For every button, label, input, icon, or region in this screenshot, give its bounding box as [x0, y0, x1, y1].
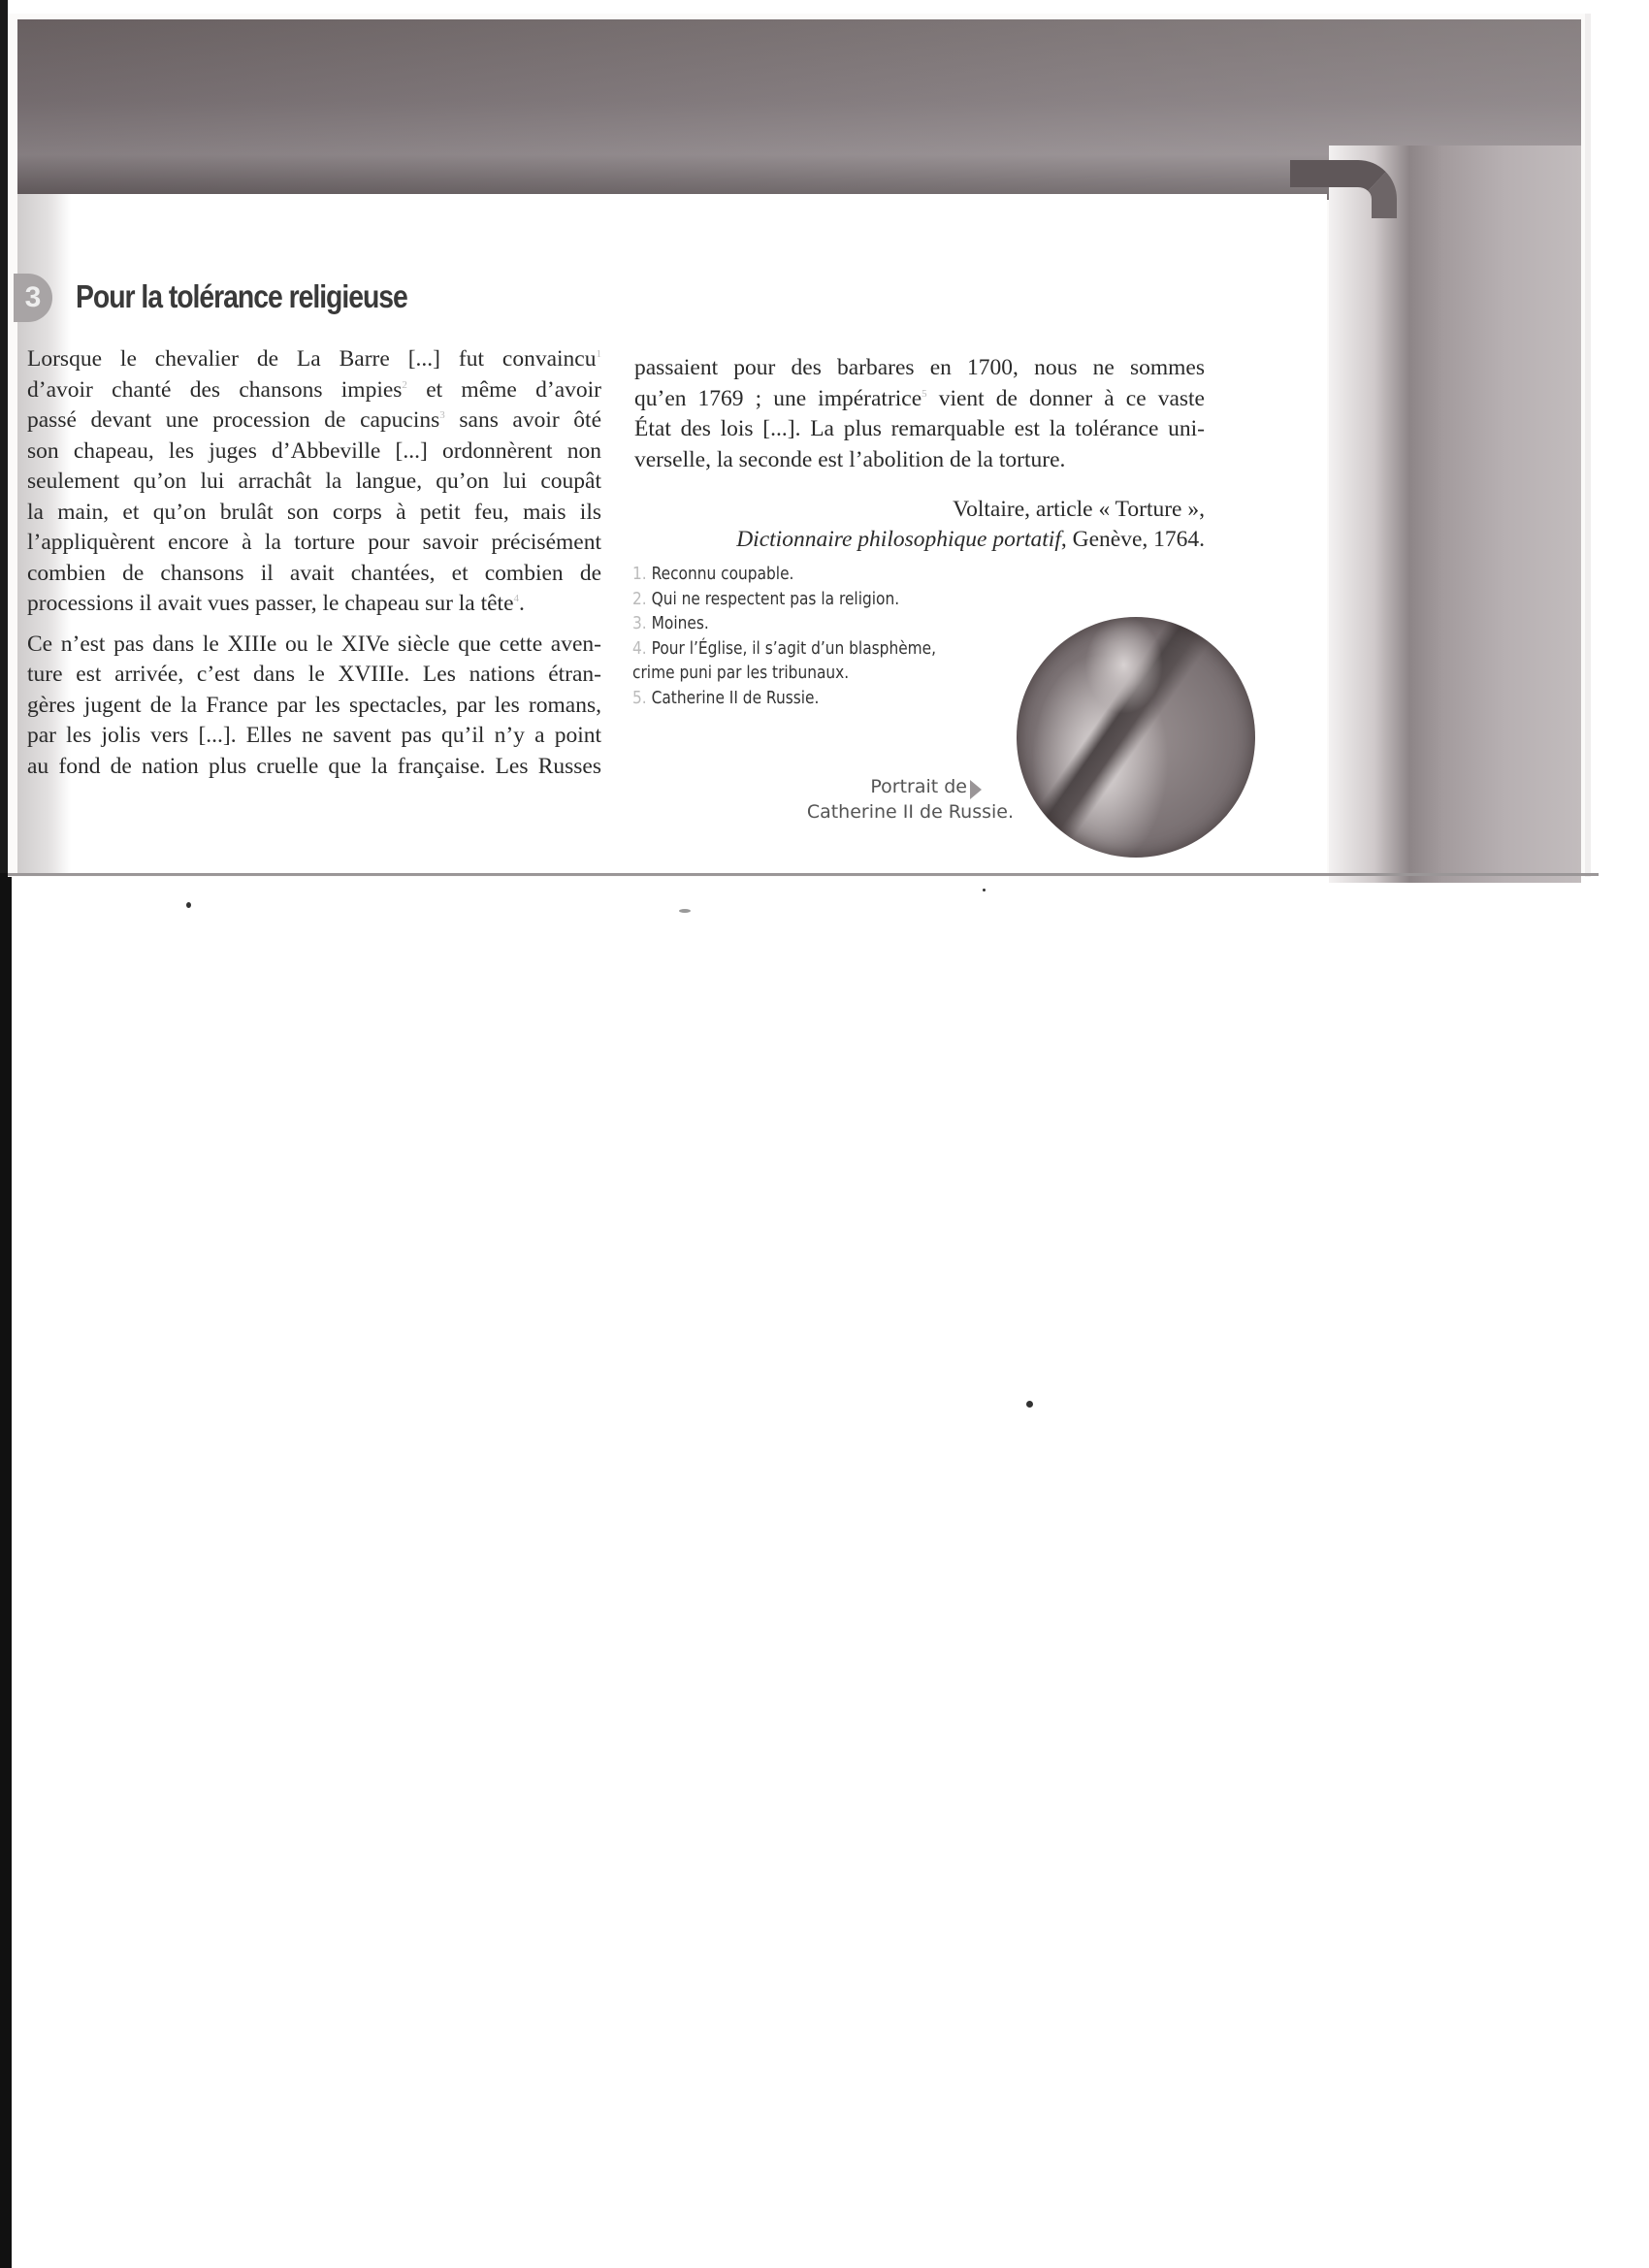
text-line: gères jugent de la France par les specta… — [27, 691, 601, 722]
text-line: processions il avait vues passer, le cha… — [27, 589, 601, 620]
citation-work-title: Dictionnaire philosophique portatif — [736, 527, 1061, 552]
footnote-item-continuation: crime puni par les tribunaux. — [632, 662, 991, 687]
footnote-item: 2. Qui ne respectent pas la religion. — [632, 588, 991, 613]
citation-place-date: , Genève, 1764. — [1061, 527, 1205, 552]
paragraph-2: Ce n’est pas dans le XIIIe ou le XIVe si… — [27, 630, 601, 783]
text-line: au fond de nation plus cruelle que la fr… — [27, 752, 601, 783]
text-line: Lorsque le chevalier de La Barre [...] f… — [27, 344, 601, 375]
text-line: l’appliquèrent encore à la torture pour … — [27, 528, 601, 559]
footnote-ref: 1 — [597, 348, 602, 360]
footnote-item: 5. Catherine II de Russie. — [632, 687, 991, 712]
text-line: passé devant une procession de capucins3… — [27, 405, 601, 437]
text-line: Ce n’est pas dans le XIIIe ou le XIVe si… — [27, 630, 601, 661]
text-column-left: Lorsque le chevalier de La Barre [...] f… — [27, 344, 601, 782]
text-line: combien de chansons il avait chantées, e… — [27, 559, 601, 590]
text-line: ture est arrivée, c’est dans le XVIIIe. … — [27, 660, 601, 691]
text-line: seulement qu’on lui arrachât la langue, … — [27, 467, 601, 498]
scanner-edge-left-lower — [0, 873, 12, 2268]
scan-speck — [186, 902, 191, 908]
strip-bottom-edge — [8, 873, 1599, 876]
source-citation: Voltaire, article « Torture », Dictionna… — [634, 495, 1205, 555]
text-line: d’avoir chanté des chansons impies2 et m… — [27, 375, 601, 406]
paragraph-1: Lorsque le chevalier de La Barre [...] f… — [27, 344, 601, 620]
scan-speck — [1026, 1401, 1033, 1408]
text-line: verselle, la seconde est l’abolition de … — [634, 445, 1205, 476]
citation-work-line: Dictionnaire philosophique portatif, Gen… — [634, 525, 1205, 555]
paper-edge-right — [1585, 14, 1591, 877]
text-column-right: passaient pour des barbares en 1700, nou… — [634, 353, 1205, 475]
text-line: passaient pour des barbares en 1700, nou… — [634, 353, 1205, 384]
text-line: son chapeau, les juges d’Abbeville [...]… — [27, 437, 601, 468]
footnote-item: 4. Pour l’Église, il s’agit d’un blasphè… — [632, 637, 991, 663]
section-title: Pour la tolérance religieuse — [76, 278, 407, 315]
text-line: par les jolis vers [...]. Elles ne saven… — [27, 721, 601, 752]
text-line: État des lois [...]. La plus remarquable… — [634, 414, 1205, 445]
scan-shadow-right — [1329, 146, 1581, 883]
citation-author: Voltaire, article « Torture », — [634, 495, 1205, 525]
caption-line-2: Catherine II de Russie. — [776, 799, 1014, 825]
footnote-item: 1. Reconnu coupable. — [632, 563, 991, 588]
caption-arrow-icon — [970, 780, 982, 799]
scan-speck — [679, 909, 691, 913]
scan-speck — [983, 889, 986, 891]
footnote-item: 3. Moines. — [632, 612, 991, 637]
text-line: la main, et qu’on brulât son corps à pet… — [27, 498, 601, 529]
footnotes-list: 1. Reconnu coupable. 2. Qui ne respecten… — [632, 563, 991, 711]
portrait-image — [1017, 617, 1255, 858]
text-line: qu’en 1769 ; une impératrice5 vient de d… — [634, 384, 1205, 415]
